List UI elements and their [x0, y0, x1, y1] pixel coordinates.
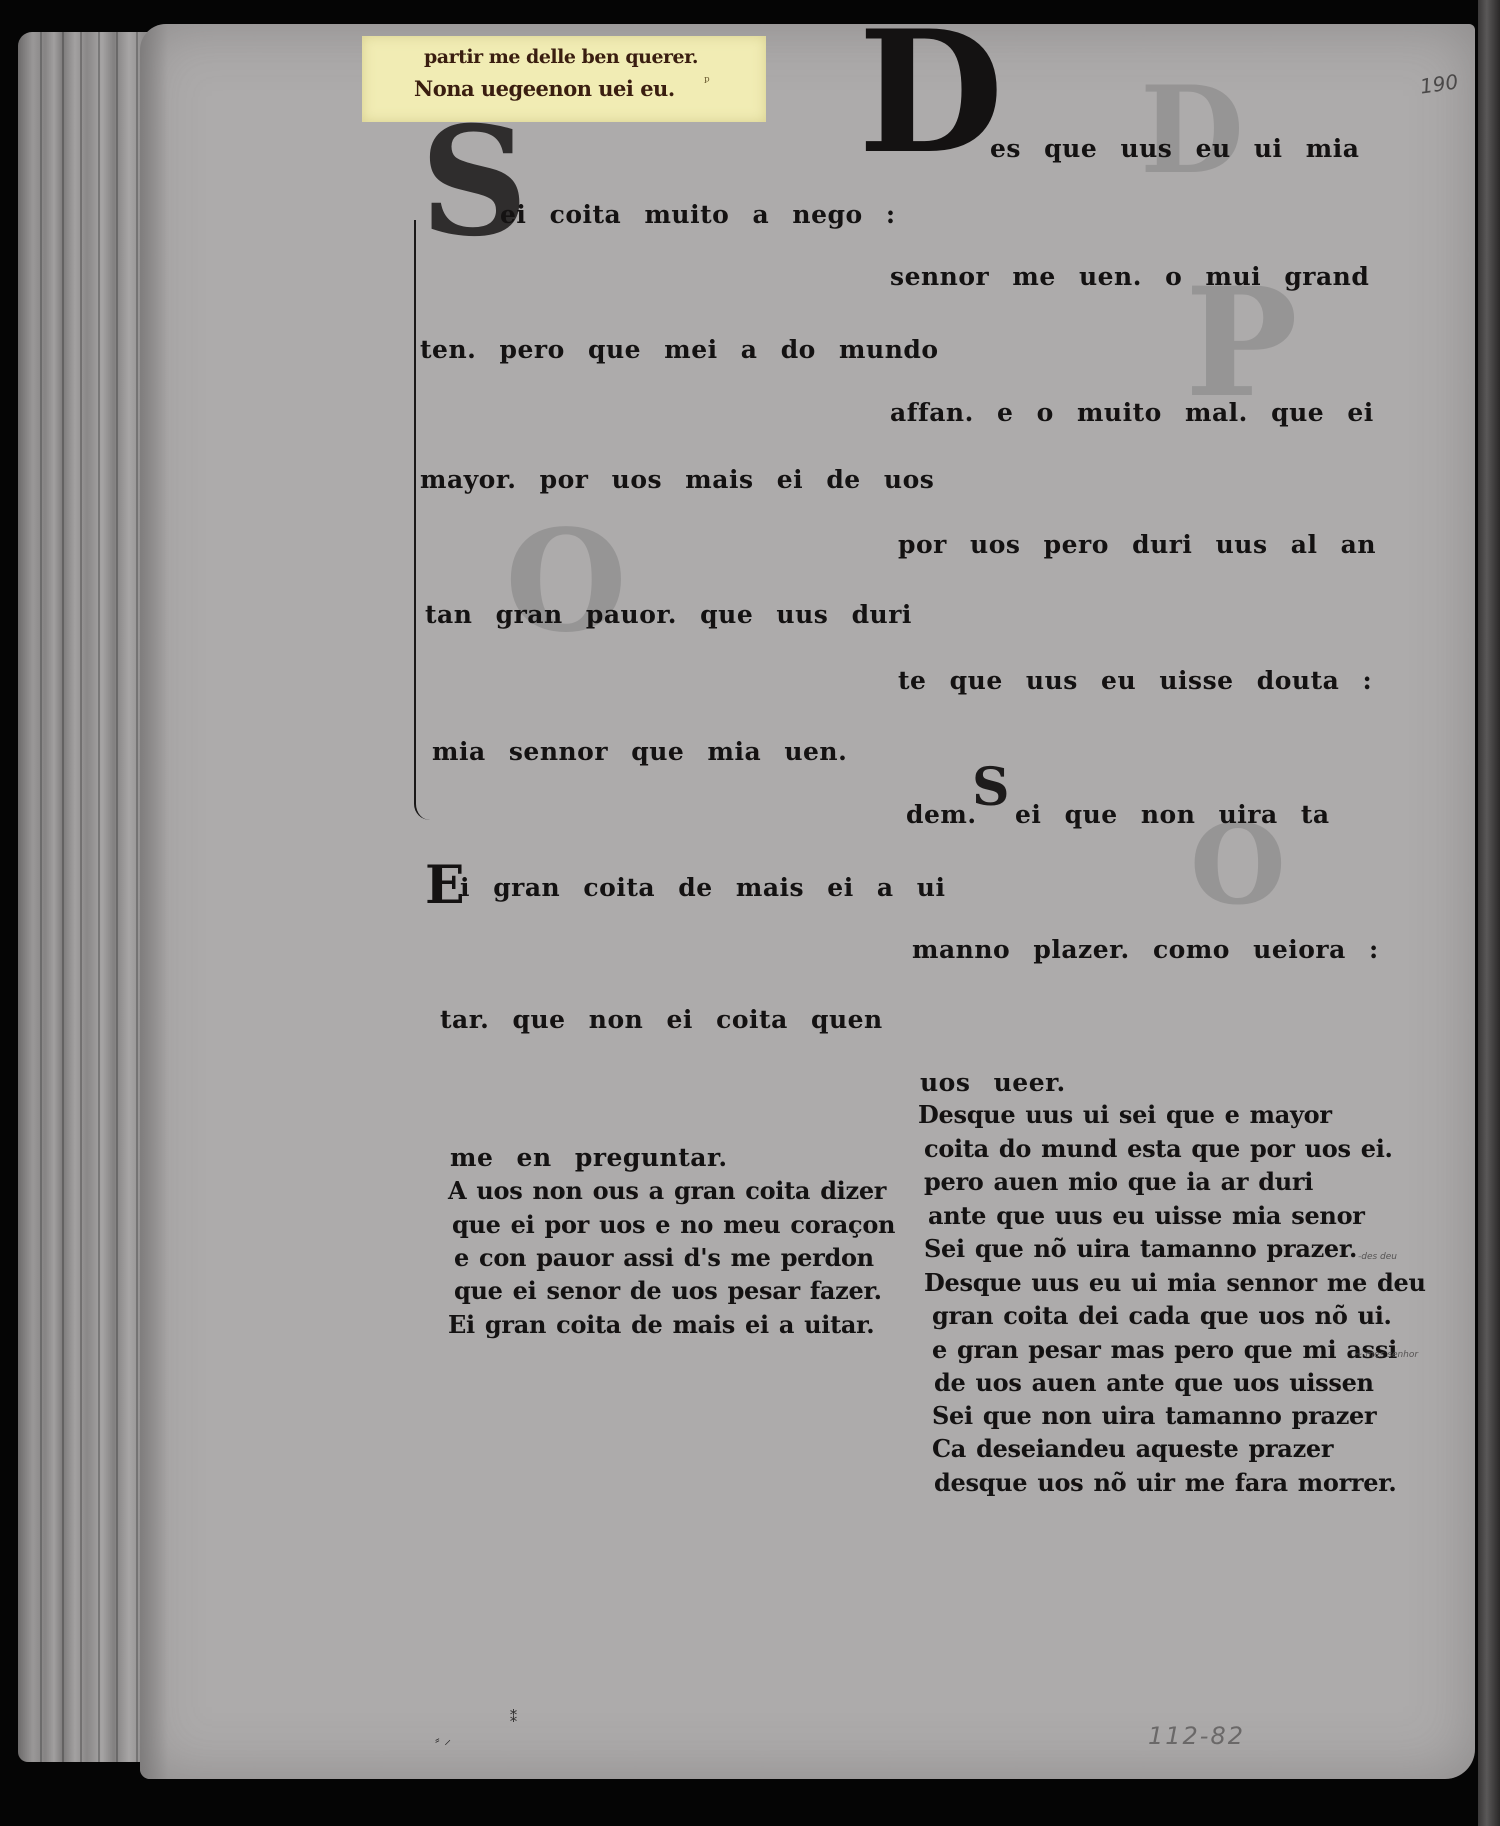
music-text-line: tan gran pauor. que uus duri — [425, 600, 912, 629]
verse-line: e con pauor assi d's me perdon — [454, 1243, 874, 1272]
page-shade — [140, 24, 168, 1779]
verse-line: A uos non ous a gran coita dizer — [448, 1176, 886, 1205]
verse-line: de uos auen ante que uos uissen — [934, 1368, 1374, 1397]
ink-smudge: ⁑ — [510, 1710, 517, 1726]
strip-mark: ᵖ — [704, 74, 710, 90]
verse-line: que ei senor de uos pesar fazer. — [454, 1276, 882, 1305]
verse-line: Ca deseiandeu aqueste prazer — [932, 1434, 1333, 1463]
verse-line: desque uos nõ uir me fara morrer. — [934, 1468, 1396, 1497]
music-text-line: manno plazer. como ueiora : — [912, 935, 1379, 964]
music-text-line: dem. — [906, 800, 977, 829]
music-text-line: i gran coita de mais ei a ui — [460, 873, 945, 902]
verse-line: pero auen mio que ia ar duri — [924, 1167, 1313, 1196]
music-text-line: por uos pero duri uus al an — [898, 530, 1376, 559]
shelfmark-annotation: 112-82 — [1148, 1722, 1245, 1750]
leaf-edge — [136, 32, 138, 1762]
show-through-initial: D — [1140, 60, 1244, 201]
initial-flourish-line — [414, 220, 430, 820]
music-text-line: affan. e o muito mal. que ei — [890, 398, 1374, 427]
music-text-line: ten. pero que mei a do mundo — [420, 335, 939, 364]
music-text-line: tar. que non ei coita quen — [440, 1005, 883, 1034]
initial-letter-s: S — [972, 758, 1010, 818]
verse-line: ante que uus eu uisse mia senor — [928, 1201, 1365, 1230]
music-text-line: ei que non uira ta — [1015, 800, 1330, 829]
music-text-line: me en preguntar. — [450, 1143, 728, 1172]
marginal-note: -des deu — [1358, 1252, 1397, 1262]
ink-smudge: ⸗ ⸝ — [435, 1730, 451, 1749]
verse-line: Desque uus eu ui mia sennor me deu — [924, 1268, 1426, 1297]
music-text-line: mayor. por uos mais ei de uos — [420, 465, 934, 494]
show-through-initial: O — [505, 500, 627, 664]
leaf-edge — [80, 32, 82, 1762]
verse-line: que ei por uos e no meu coraçon — [452, 1210, 895, 1239]
verse-line: coita do mund esta que por uos ei. — [924, 1134, 1393, 1163]
music-text-line: es que uus eu ui mia — [990, 134, 1359, 163]
leaf-edge — [116, 32, 118, 1762]
verse-line: Ei gran coita de mais ei a uitar. — [448, 1310, 874, 1339]
verse-line: Sei que non uira tamanno prazer — [932, 1401, 1376, 1430]
leaf-edge — [62, 32, 64, 1762]
leaf-edge — [40, 32, 42, 1762]
initial-letter-e: E — [425, 860, 465, 912]
verse-line: Sei que nõ uira tamanno prazer. — [924, 1234, 1357, 1263]
initial-letter-s: S — [420, 118, 502, 246]
music-text-line: mia sennor que mia uen. — [432, 737, 847, 766]
music-text-line: te que uus eu uisse douta : — [898, 666, 1372, 695]
music-text-line: ei coita muito a nego : — [500, 200, 896, 229]
right-page-edge — [1478, 0, 1500, 1826]
verse-line: Desque uus ui sei que e mayor — [918, 1100, 1332, 1129]
verse-line: gran coita dei cada que uos nõ ui. — [932, 1301, 1392, 1330]
verse-line: e gran pesar mas pero que mi assi — [932, 1335, 1397, 1364]
strip-line: partir me delle ben querer. — [424, 46, 698, 68]
music-text-line: uos ueer. — [920, 1068, 1066, 1097]
leaf-edge — [98, 32, 100, 1762]
marginal-note: ~ mes senhor — [1355, 1350, 1418, 1360]
music-text-line: sennor me uen. o mui grand — [890, 262, 1369, 291]
